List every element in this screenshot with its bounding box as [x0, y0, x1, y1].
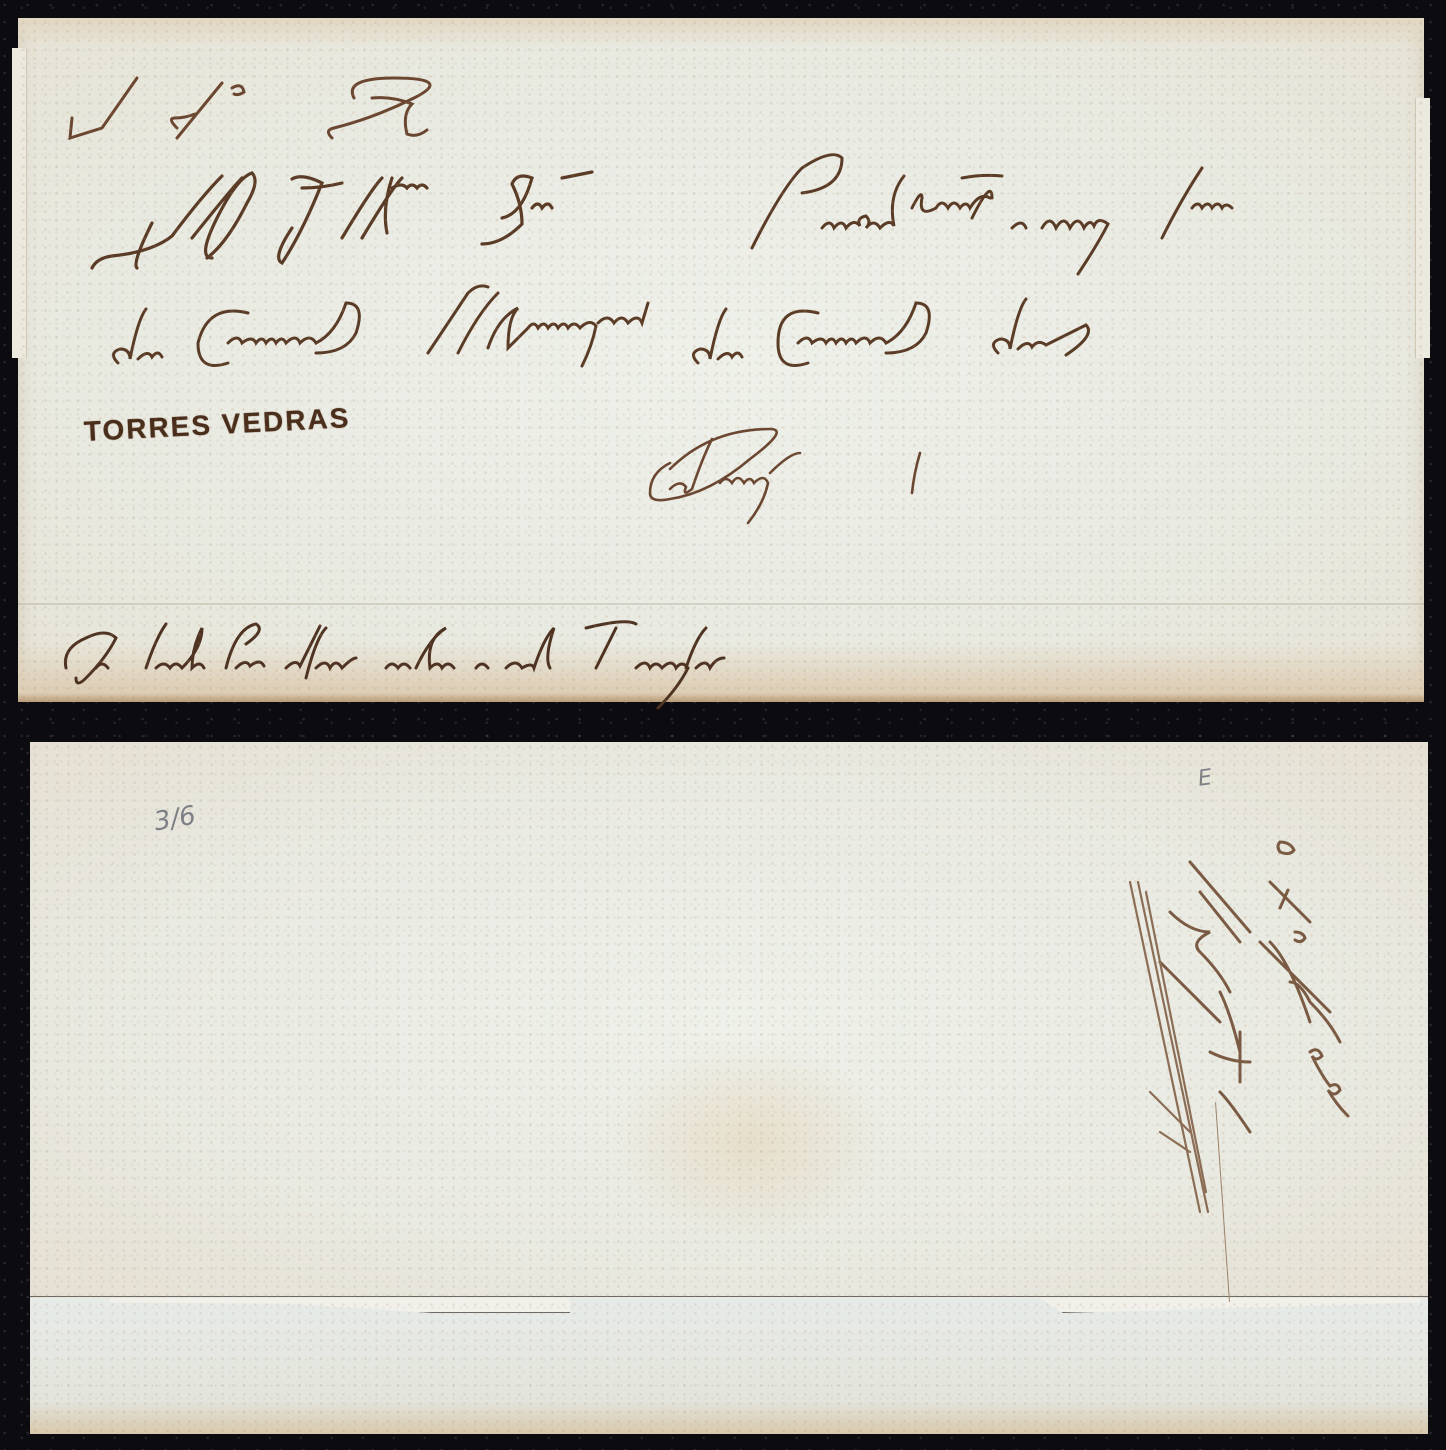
destination-script — [630, 423, 960, 533]
stain — [610, 1042, 890, 1242]
fold-line — [18, 603, 1424, 605]
letter-back: 3/6 E o 1.º Officios Ag junto — [30, 742, 1428, 1434]
left-flap — [12, 48, 27, 358]
right-flap — [1415, 98, 1430, 358]
address-line-2-script — [98, 273, 1238, 383]
aged-edge-top — [18, 18, 1424, 48]
address-line-1-script — [82, 148, 1402, 278]
sender-line-script — [56, 608, 1086, 698]
back-lower-flap — [30, 1298, 1428, 1434]
letter-front: S. N.º R. A.º Ill.mo Snr. Presidente e m… — [18, 18, 1424, 702]
docket-script — [1120, 832, 1380, 1232]
postmark: TORRES VEDRAS — [83, 402, 351, 448]
